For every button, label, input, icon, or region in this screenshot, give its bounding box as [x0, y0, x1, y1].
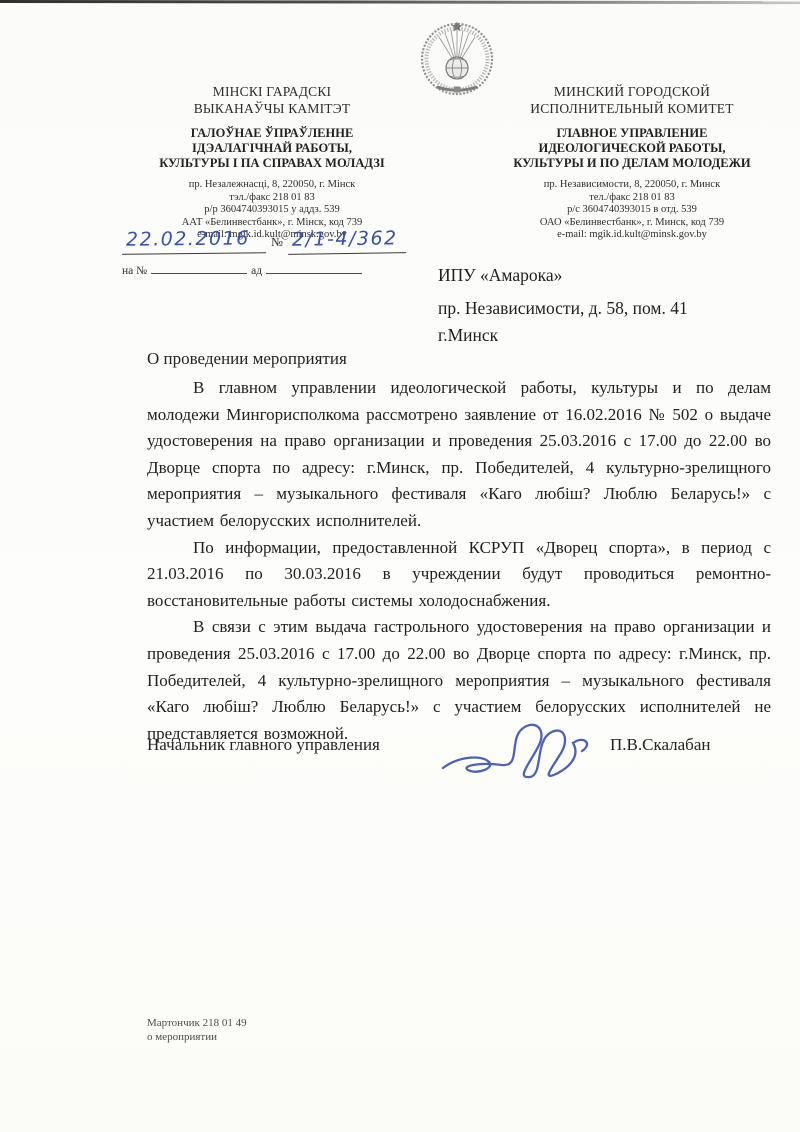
address-ru-line: пр. Независимости, 8, 220050, г. Минск — [482, 179, 782, 192]
handwritten-signature — [439, 720, 619, 788]
org-name-by-line: МІНСКІ ГАРАДСКІ — [122, 84, 422, 101]
number-sign: № — [266, 235, 288, 254]
department-name-ru-line: ГЛАВНОЕ УПРАВЛЕНИЕ — [482, 126, 782, 141]
org-name-ru-line: МИНСКИЙ ГОРОДСКОЙ — [482, 84, 782, 101]
reference-block: 22.02.2016 № 2/1-4/362 на №ад — [122, 228, 437, 277]
address-ru-line: ОАО «Белинвестбанк», г. Минск, код 739 — [482, 217, 782, 230]
org-name-by: МІНСКІ ГАРАДСКІ ВЫКАНАЎЧЫ КАМІТЭТ — [122, 84, 422, 117]
addressee-name: ИПУ «Амарока» — [438, 262, 688, 289]
subject-line: О проведении мероприятия — [147, 349, 347, 369]
body-paragraph: В главном управлении идеологической рабо… — [147, 375, 771, 535]
department-name-by: ГАЛОЎНАЕ ЎПРАЎЛЕННЕ ІДЭАЛАГІЧНАЙ РАБОТЫ,… — [122, 126, 422, 171]
executor-footnote: Мартончик 218 01 49 о мероприятии — [147, 1016, 247, 1044]
department-name-by-line: КУЛЬТУРЫ І ПА СПРАВАХ МОЛАДЗІ — [122, 156, 422, 171]
scanned-letter-page: МІНСКІ ГАРАДСКІ ВЫКАНАЎЧЫ КАМІТЭТ ГАЛОЎН… — [0, 0, 800, 1132]
executor-name-phone: Мартончик 218 01 49 — [147, 1016, 247, 1030]
addressee-city: г.Минск — [438, 322, 688, 349]
outgoing-reference-row: 22.02.2016 № 2/1-4/362 — [122, 228, 437, 254]
department-name-by-line: ІДЭАЛАГІЧНАЙ РАБОТЫ, — [122, 141, 422, 156]
org-name-ru: МИНСКИЙ ГОРОДСКОЙ ИСПОЛНИТЕЛЬНЫЙ КОМИТЕТ — [482, 84, 782, 117]
org-name-by-line: ВЫКАНАЎЧЫ КАМІТЭТ — [122, 101, 422, 118]
address-ru-line: тел./факс 218 01 83 — [482, 192, 782, 205]
scan-edge-artifact — [0, 0, 800, 4]
address-ru-line: р/с 3604740393015 в отд. 539 — [482, 204, 782, 217]
department-name-ru: ГЛАВНОЕ УПРАВЛЕНИЕ ИДЕОЛОГИЧЕСКОЙ РАБОТЫ… — [482, 126, 782, 171]
executor-topic: о мероприятии — [147, 1030, 247, 1044]
handwritten-outgoing-number: 2/1-4/362 — [288, 227, 406, 255]
signer-title: Начальник главного управления — [147, 735, 380, 755]
reply-reference-row: на №ад — [122, 263, 437, 277]
department-name-by-line: ГАЛОЎНАЕ ЎПРАЎЛЕННЕ — [122, 126, 422, 141]
address-block-ru: пр. Независимости, 8, 220050, г. Минск т… — [482, 179, 782, 242]
org-name-ru-line: ИСПОЛНИТЕЛЬНЫЙ КОМИТЕТ — [482, 101, 782, 118]
handwritten-date: 22.02.2016 — [122, 227, 266, 255]
department-name-ru-line: ИДЕОЛОГИЧЕСКОЙ РАБОТЫ, — [482, 141, 782, 156]
letterhead-russian: МИНСКИЙ ГОРОДСКОЙ ИСПОЛНИТЕЛЬНЫЙ КОМИТЕТ… — [482, 84, 782, 242]
address-ru-line: e-mail: mgik.id.kult@minsk.gov.by — [482, 229, 782, 242]
address-by-line: пр. Незалежнасці, 8, 220050, г. Мінск — [122, 179, 422, 192]
letterhead-belarusian: МІНСКІ ГАРАДСКІ ВЫКАНАЎЧЫ КАМІТЭТ ГАЛОЎН… — [122, 84, 422, 242]
addressee-street: пр. Независимости, д. 58, пом. 41 — [438, 295, 688, 322]
address-by-line: р/р 3604740393015 у аддз. 539 — [122, 204, 422, 217]
address-by-line: тэл./факс 218 01 83 — [122, 192, 422, 205]
letter-body: В главном управлении идеологической рабо… — [147, 375, 771, 747]
signature-row: Начальник главного управления П.В.Скалаб… — [147, 724, 772, 788]
body-paragraph: По информации, предоставленной КСРУП «Дв… — [147, 535, 771, 615]
department-name-ru-line: КУЛЬТУРЫ И ПО ДЕЛАМ МОЛОДЕЖИ — [482, 156, 782, 171]
reply-date-underline — [266, 263, 362, 274]
signer-name: П.В.Скалабан — [610, 735, 710, 755]
reply-prefix-label: на № — [122, 265, 147, 277]
reply-from-label: ад — [251, 265, 262, 277]
addressee-block: ИПУ «Амарока» пр. Независимости, д. 58, … — [438, 262, 688, 349]
reply-number-underline — [151, 263, 247, 274]
